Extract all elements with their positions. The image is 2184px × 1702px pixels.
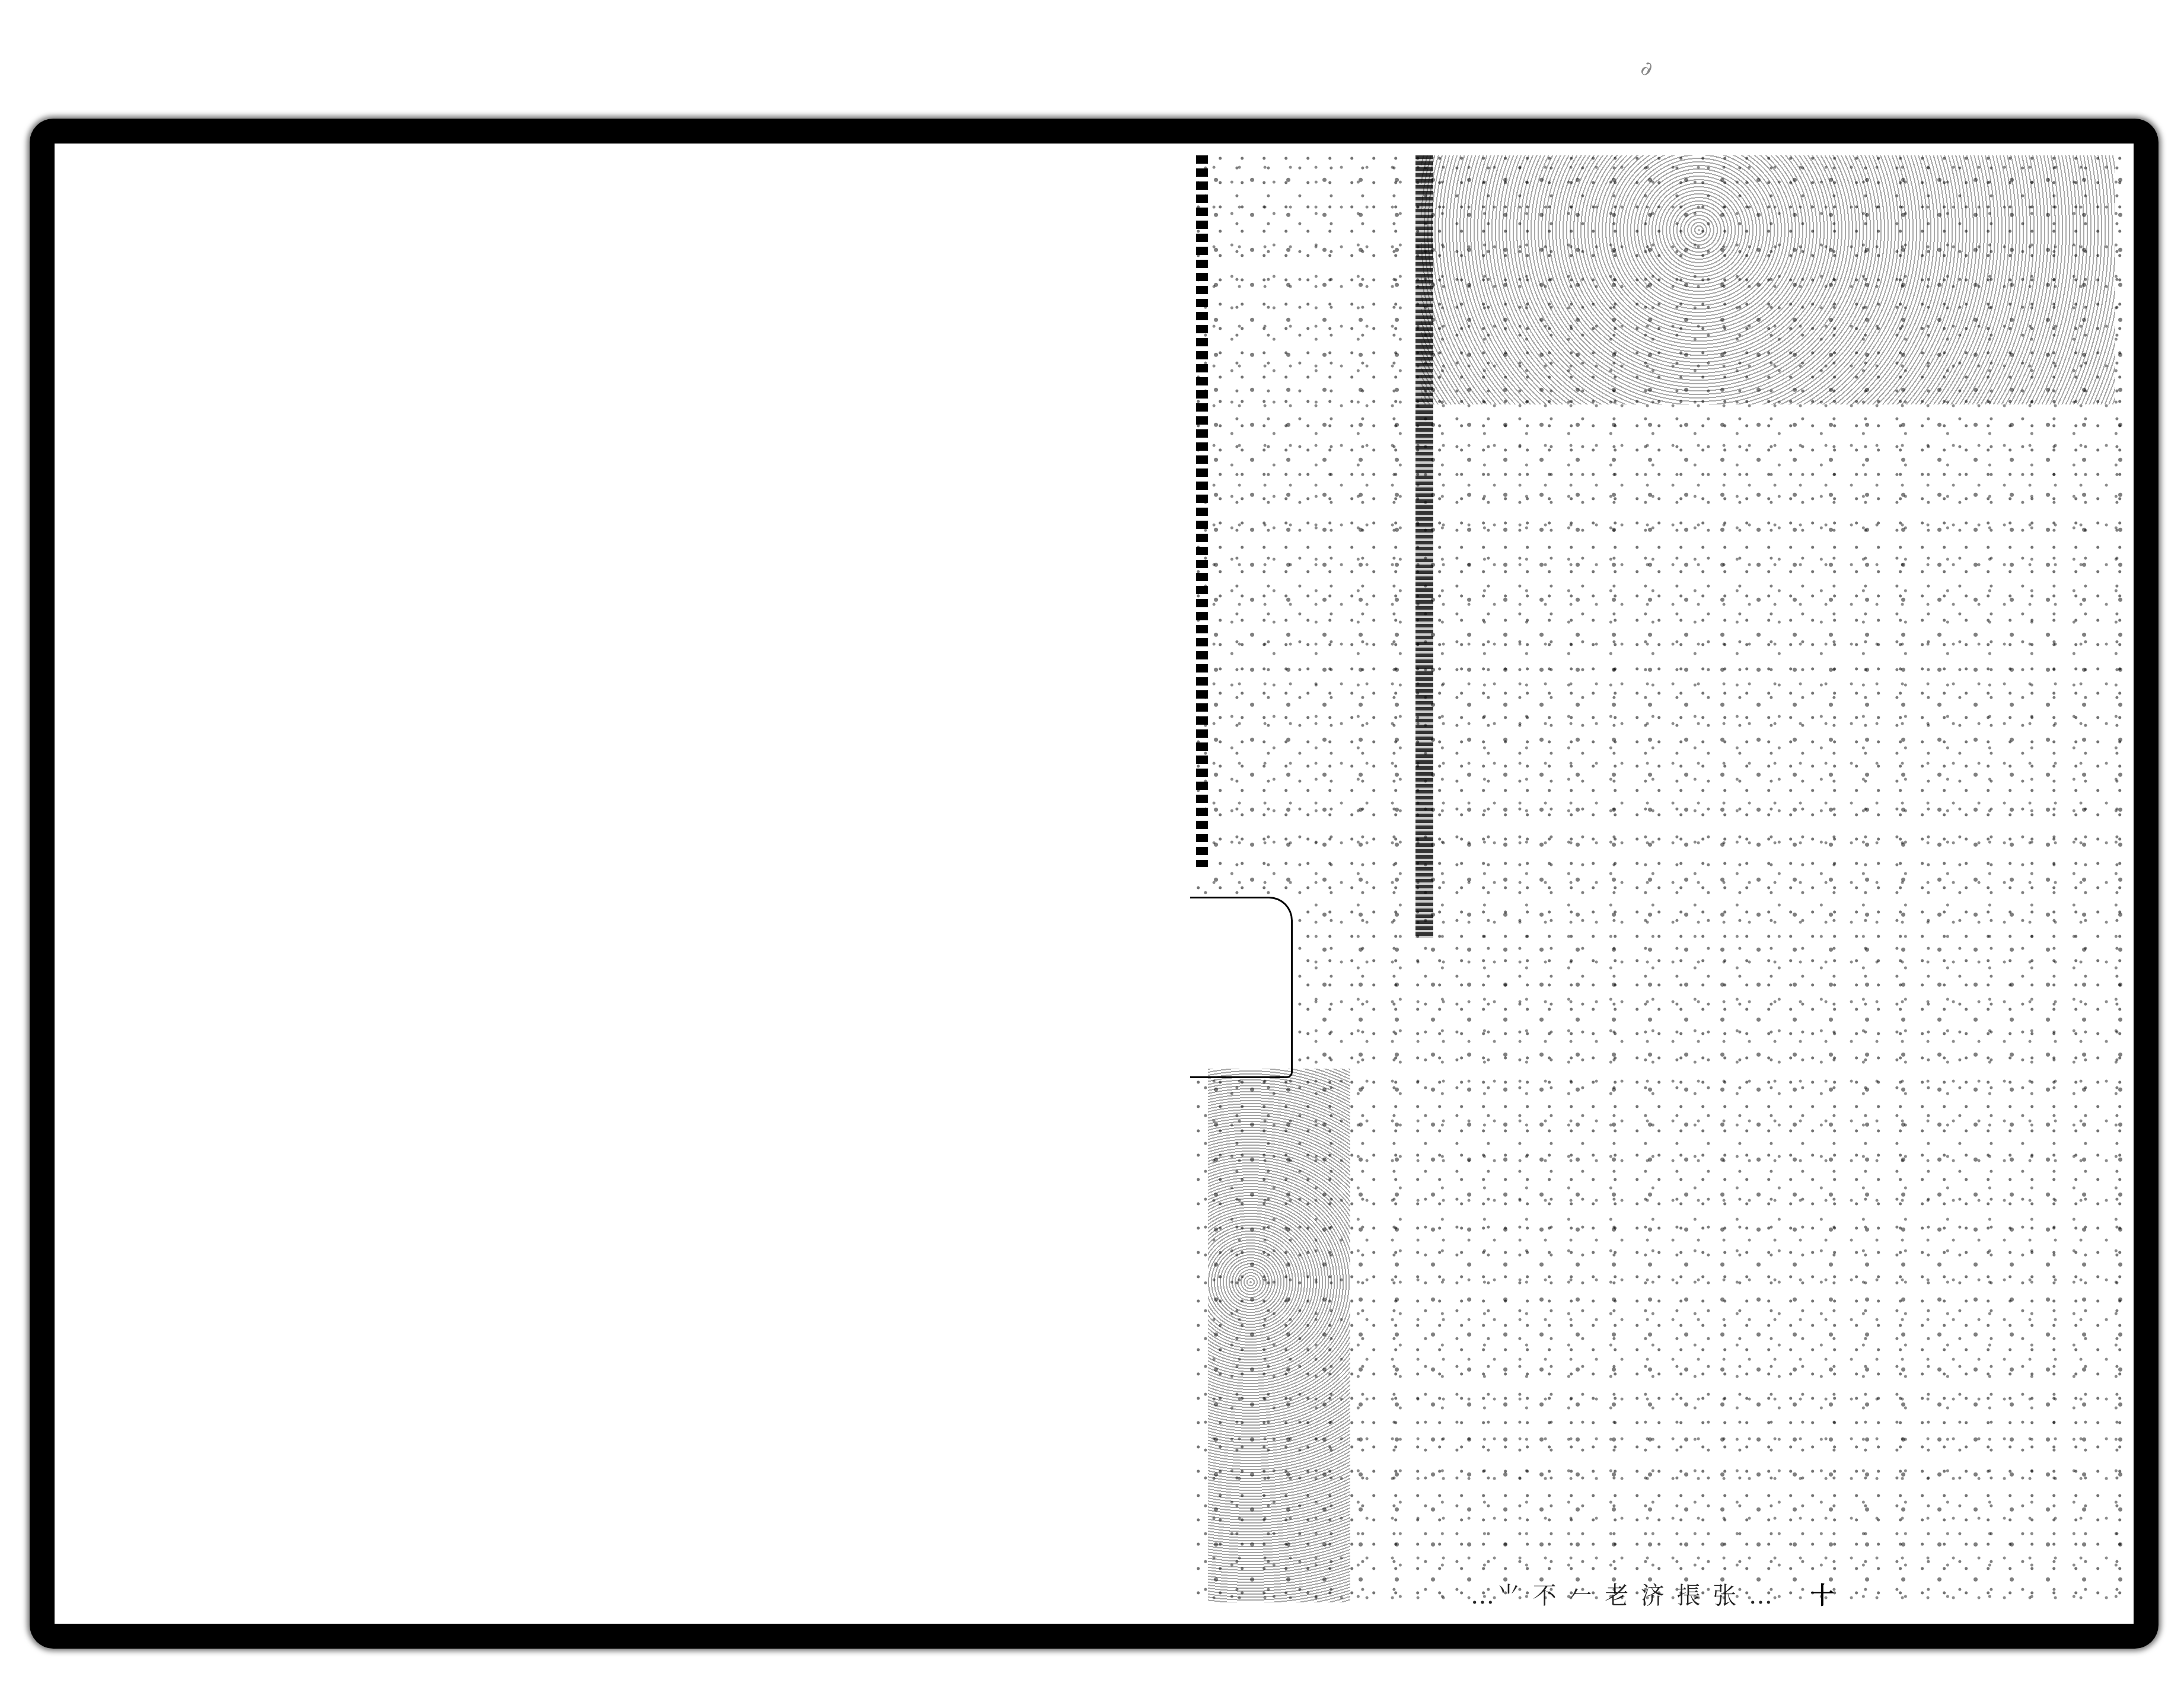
- handwritten-caption: …⺌ 不 𠂉 老 济 掁 张 …: [1471, 1577, 1775, 1611]
- blank-left-page: [55, 144, 1190, 1624]
- cover-torn-notch: [1190, 897, 1293, 1078]
- cover-torn-left-edge: [1196, 155, 1208, 867]
- cover-wear-bottom-left: [1208, 1069, 1350, 1602]
- book-cover-page: [1196, 155, 2130, 1605]
- top-pencil-mark: ∂: [1638, 56, 1656, 82]
- cover-stain-top: [1421, 155, 2115, 404]
- page-number: 十: [1810, 1577, 1837, 1611]
- bottom-caption: …⺌ 不 𠂉 老 济 掁 张 … 十: [1471, 1582, 1837, 1611]
- cover-spine-strip: [1415, 155, 1433, 938]
- scan-border-frame: [30, 119, 2159, 1649]
